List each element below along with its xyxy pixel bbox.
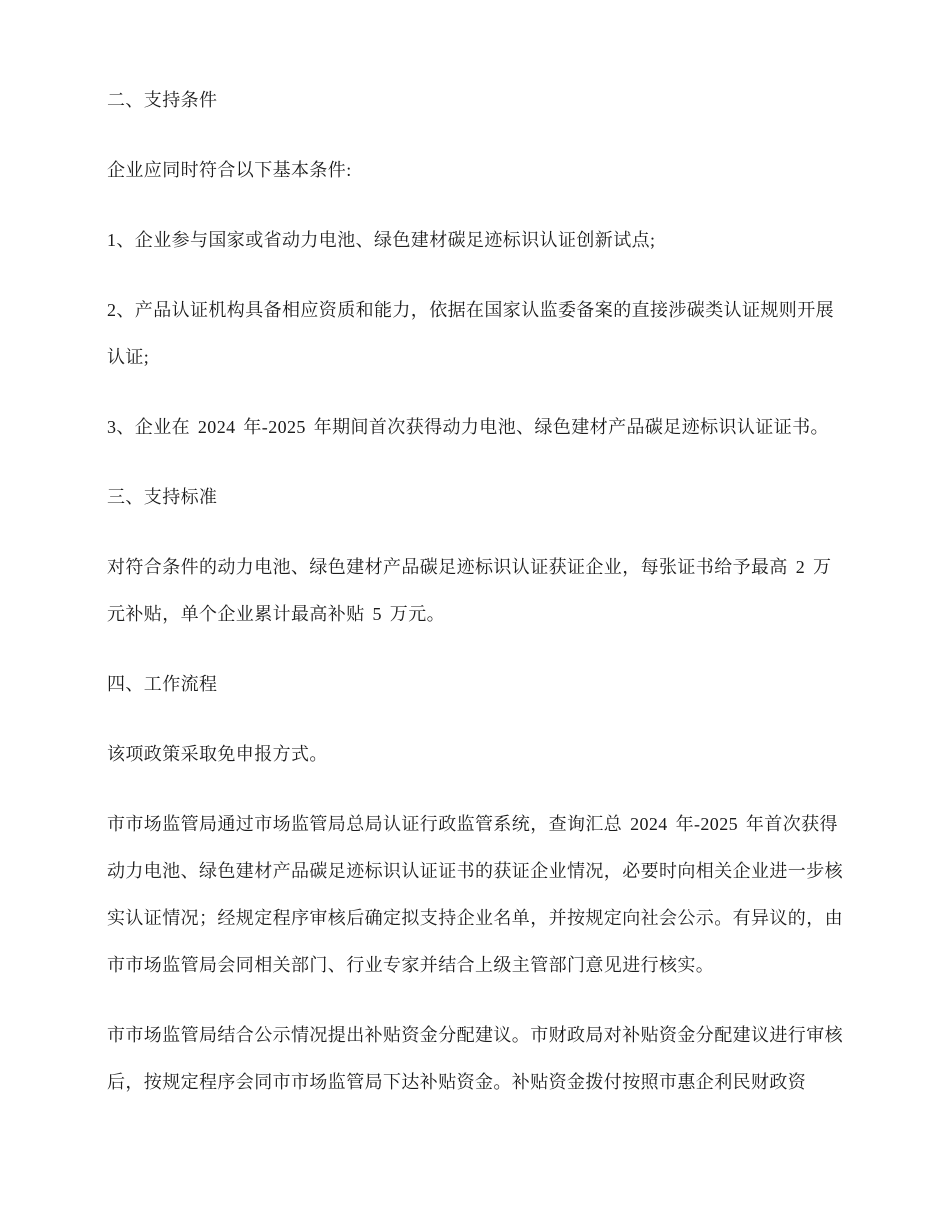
paragraph-basic-conditions-intro: 企业应同时符合以下基本条件: <box>107 147 843 194</box>
section-heading-support-standard: 三、支持标准 <box>107 474 843 521</box>
paragraph-fund-allocation: 市市场监管局结合公示情况提出补贴资金分配建议。市财政局对补贴资金分配建议进行审核… <box>107 1012 843 1106</box>
paragraph-verification-process: 市市场监管局通过市场监管局总局认证行政监管系统，查询汇总 2024 年-2025… <box>107 801 843 989</box>
paragraph-no-application-policy: 该项政策采取免申报方式。 <box>107 731 843 778</box>
paragraph-condition-3: 3、企业在 2024 年-2025 年期间首次获得动力电池、绿色建材产品碳足迹标… <box>107 404 843 451</box>
document-page: 二、支持条件 企业应同时符合以下基本条件: 1、企业参与国家或省动力电池、绿色建… <box>0 0 950 1230</box>
section-heading-work-process: 四、工作流程 <box>107 661 843 708</box>
section-heading-support-conditions: 二、支持条件 <box>107 77 843 124</box>
paragraph-condition-2: 2、产品认证机构具备相应资质和能力，依据在国家认监委备案的直接涉碳类认证规则开展… <box>107 287 843 381</box>
paragraph-condition-1: 1、企业参与国家或省动力电池、绿色建材碳足迹标识认证创新试点; <box>107 217 843 264</box>
document-body: 二、支持条件 企业应同时符合以下基本条件: 1、企业参与国家或省动力电池、绿色建… <box>0 0 950 1106</box>
paragraph-subsidy-standard: 对符合条件的动力电池、绿色建材产品碳足迹标识认证获证企业，每张证书给予最高 2 … <box>107 544 843 638</box>
